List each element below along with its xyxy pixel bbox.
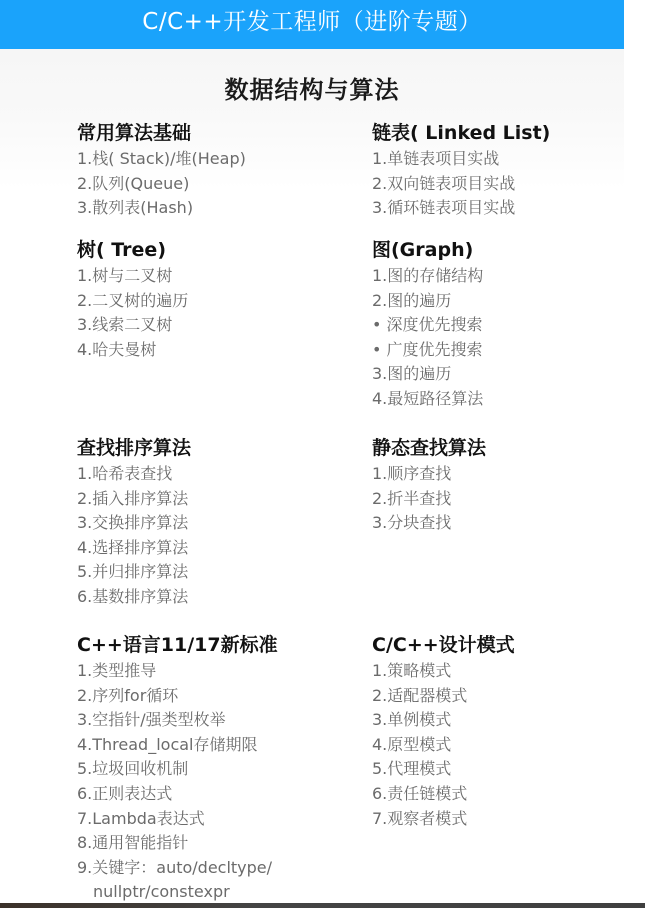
list-item: 2.适配器模式 — [372, 684, 515, 709]
list-item: 1.图的存储结构 — [372, 264, 483, 289]
list-item: 4.Thread_local存储期限 — [77, 733, 278, 758]
section-list: 1.栈( Stack)/堆(Heap) 2.队列(Queue) 3.散列表(Ha… — [77, 147, 246, 221]
list-item: 3.空指针/强类型枚举 — [77, 708, 278, 733]
section-tree: 树( Tree) 1.树与二叉树 2.二叉树的遍历 3.线索二叉树 4.哈夫曼树 — [77, 238, 188, 362]
list-item: 2.序列for循环 — [77, 684, 278, 709]
page-title: 数据结构与算法 — [0, 70, 624, 105]
section-list: 1.顺序查找 2.折半查找 3.分块查找 — [372, 462, 486, 536]
list-item: 1.单链表项目实战 — [372, 147, 550, 172]
list-item: 6.基数排序算法 — [77, 585, 191, 610]
list-item: 6.正则表达式 — [77, 782, 278, 807]
list-item: 1.树与二叉树 — [77, 264, 188, 289]
section-list: 1.哈希表查找 2.插入排序算法 3.交换排序算法 4.选择排序算法 5.并归排… — [77, 462, 191, 610]
section-algorithm-basics: 常用算法基础 1.栈( Stack)/堆(Heap) 2.队列(Queue) 3… — [77, 121, 246, 221]
banner-title: C/C++开发工程师（进阶专题） — [142, 9, 481, 35]
list-item: 4.哈夫曼树 — [77, 338, 188, 363]
list-item: 3.分块查找 — [372, 511, 486, 536]
section-title: 树( Tree) — [77, 238, 188, 262]
section-title: 链表( Linked List) — [372, 121, 550, 145]
list-item: 2.队列(Queue) — [77, 172, 246, 197]
section-list: 1.单链表项目实战 2.双向链表项目实战 3.循环链表项目实战 — [372, 147, 550, 221]
list-item: 3.线索二叉树 — [77, 313, 188, 338]
section-list: 1.类型推导 2.序列for循环 3.空指针/强类型枚举 4.Thread_lo… — [77, 659, 278, 905]
list-item: 7.Lambda表达式 — [77, 807, 278, 832]
list-item: 5.代理模式 — [372, 757, 515, 782]
course-banner: C/C++开发工程师（进阶专题） — [0, 0, 624, 49]
list-item: 2.折半查找 — [372, 487, 486, 512]
list-item: 5.垃圾回收机制 — [77, 757, 278, 782]
list-item: 5.并归排序算法 — [77, 560, 191, 585]
list-item: 9.关键字：auto/decltype/ — [77, 856, 278, 881]
bottom-edge-strip — [0, 903, 645, 908]
list-item: 1.顺序查找 — [372, 462, 486, 487]
list-item: 4.最短路径算法 — [372, 387, 483, 412]
section-list: 1.图的存储结构 2.图的遍历 • 深度优先搜索 • 广度优先搜索 3.图的遍历… — [372, 264, 483, 412]
list-item: 4.选择排序算法 — [77, 536, 191, 561]
section-cpp-standards: C++语言11/17新标准 1.类型推导 2.序列for循环 3.空指针/强类型… — [77, 633, 278, 905]
list-item: 3.散列表(Hash) — [77, 196, 246, 221]
list-item: 1.哈希表查找 — [77, 462, 191, 487]
section-title: 图(Graph) — [372, 238, 483, 262]
list-item-bullet: • 深度优先搜索 — [372, 313, 483, 338]
list-item-continuation: nullptr/constexpr — [77, 880, 278, 905]
list-item: 1.栈( Stack)/堆(Heap) — [77, 147, 246, 172]
section-static-search: 静态查找算法 1.顺序查找 2.折半查找 3.分块查找 — [372, 436, 486, 536]
list-item: 2.图的遍历 — [372, 289, 483, 314]
list-item: 2.二叉树的遍历 — [77, 289, 188, 314]
list-item: 8.通用智能指针 — [77, 831, 278, 856]
list-item: 3.交换排序算法 — [77, 511, 191, 536]
list-item: 3.循环链表项目实战 — [372, 196, 550, 221]
list-item: 2.插入排序算法 — [77, 487, 191, 512]
list-item: 3.图的遍历 — [372, 362, 483, 387]
list-item: 4.原型模式 — [372, 733, 515, 758]
section-linked-list: 链表( Linked List) 1.单链表项目实战 2.双向链表项目实战 3.… — [372, 121, 550, 221]
list-item: 7.观察者模式 — [372, 807, 515, 832]
list-item: 6.责任链模式 — [372, 782, 515, 807]
list-item: 3.单例模式 — [372, 708, 515, 733]
section-search-sort: 查找排序算法 1.哈希表查找 2.插入排序算法 3.交换排序算法 4.选择排序算… — [77, 436, 191, 610]
list-item: 1.类型推导 — [77, 659, 278, 684]
section-list: 1.树与二叉树 2.二叉树的遍历 3.线索二叉树 4.哈夫曼树 — [77, 264, 188, 362]
list-item: 2.双向链表项目实战 — [372, 172, 550, 197]
section-title: 静态查找算法 — [372, 436, 486, 460]
section-title: C++语言11/17新标准 — [77, 633, 278, 657]
section-list: 1.策略模式 2.适配器模式 3.单例模式 4.原型模式 5.代理模式 6.责任… — [372, 659, 515, 831]
section-title: 查找排序算法 — [77, 436, 191, 460]
section-title: C/C++设计模式 — [372, 633, 515, 657]
list-item-bullet: • 广度优先搜索 — [372, 338, 483, 363]
section-title: 常用算法基础 — [77, 121, 246, 145]
page: C/C++开发工程师（进阶专题） 数据结构与算法 常用算法基础 1.栈( Sta… — [0, 0, 645, 908]
list-item: 1.策略模式 — [372, 659, 515, 684]
section-design-patterns: C/C++设计模式 1.策略模式 2.适配器模式 3.单例模式 4.原型模式 5… — [372, 633, 515, 831]
section-graph: 图(Graph) 1.图的存储结构 2.图的遍历 • 深度优先搜索 • 广度优先… — [372, 238, 483, 412]
